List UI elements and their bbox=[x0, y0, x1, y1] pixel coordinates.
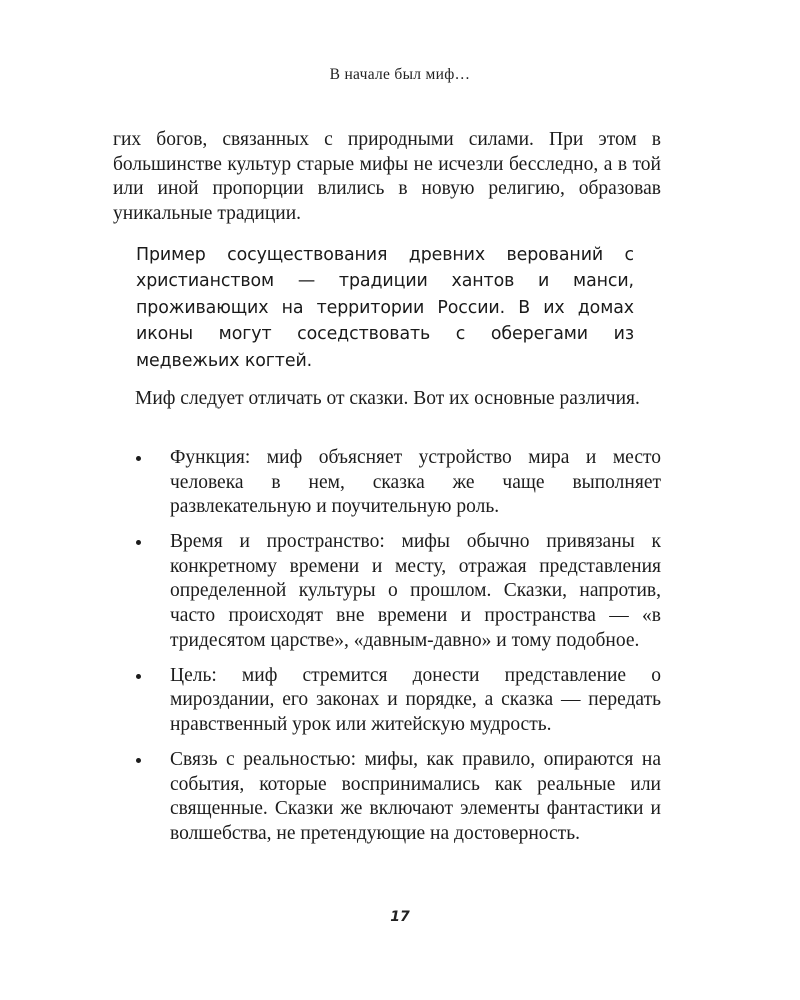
page-number: 17 bbox=[0, 909, 800, 925]
list-item-text: Цель: миф стремится донести представлени… bbox=[170, 665, 661, 735]
list-item: Цель: миф стремится донести представлени… bbox=[113, 664, 661, 738]
callout-text: Пример сосуществования древних верований… bbox=[136, 245, 634, 371]
body-paragraph-2: Миф следует отличать от сказки. Вот их о… bbox=[113, 387, 661, 412]
paragraph-text: гих богов, связанных с природными силами… bbox=[113, 128, 661, 226]
list-item-text: Время и пространство: мифы обычно привяз… bbox=[170, 531, 661, 650]
list-item-text: Связь с реальностью: мифы, как правило, … bbox=[170, 749, 661, 844]
list-item: Функция: миф объясняет устройство мира и… bbox=[113, 446, 661, 520]
body-paragraph-1: гих богов, связанных с природными силами… bbox=[113, 128, 661, 226]
list-item: Время и пространство: мифы обычно привяз… bbox=[113, 530, 661, 653]
callout-box: Пример сосуществования древних верований… bbox=[136, 242, 634, 374]
bullet-icon bbox=[136, 758, 141, 763]
paragraph-text: Миф следует отличать от сказки. Вот их о… bbox=[113, 387, 661, 412]
bullet-icon bbox=[136, 456, 141, 461]
bullet-icon bbox=[136, 674, 141, 679]
list-item-text: Функция: миф объясняет устройство мира и… bbox=[170, 447, 661, 517]
list-item: Связь с реальностью: мифы, как правило, … bbox=[113, 748, 661, 846]
bullet-icon bbox=[136, 540, 141, 545]
running-head: В начале был миф… bbox=[0, 66, 800, 84]
differences-list: Функция: миф объясняет устройство мира и… bbox=[113, 446, 661, 857]
